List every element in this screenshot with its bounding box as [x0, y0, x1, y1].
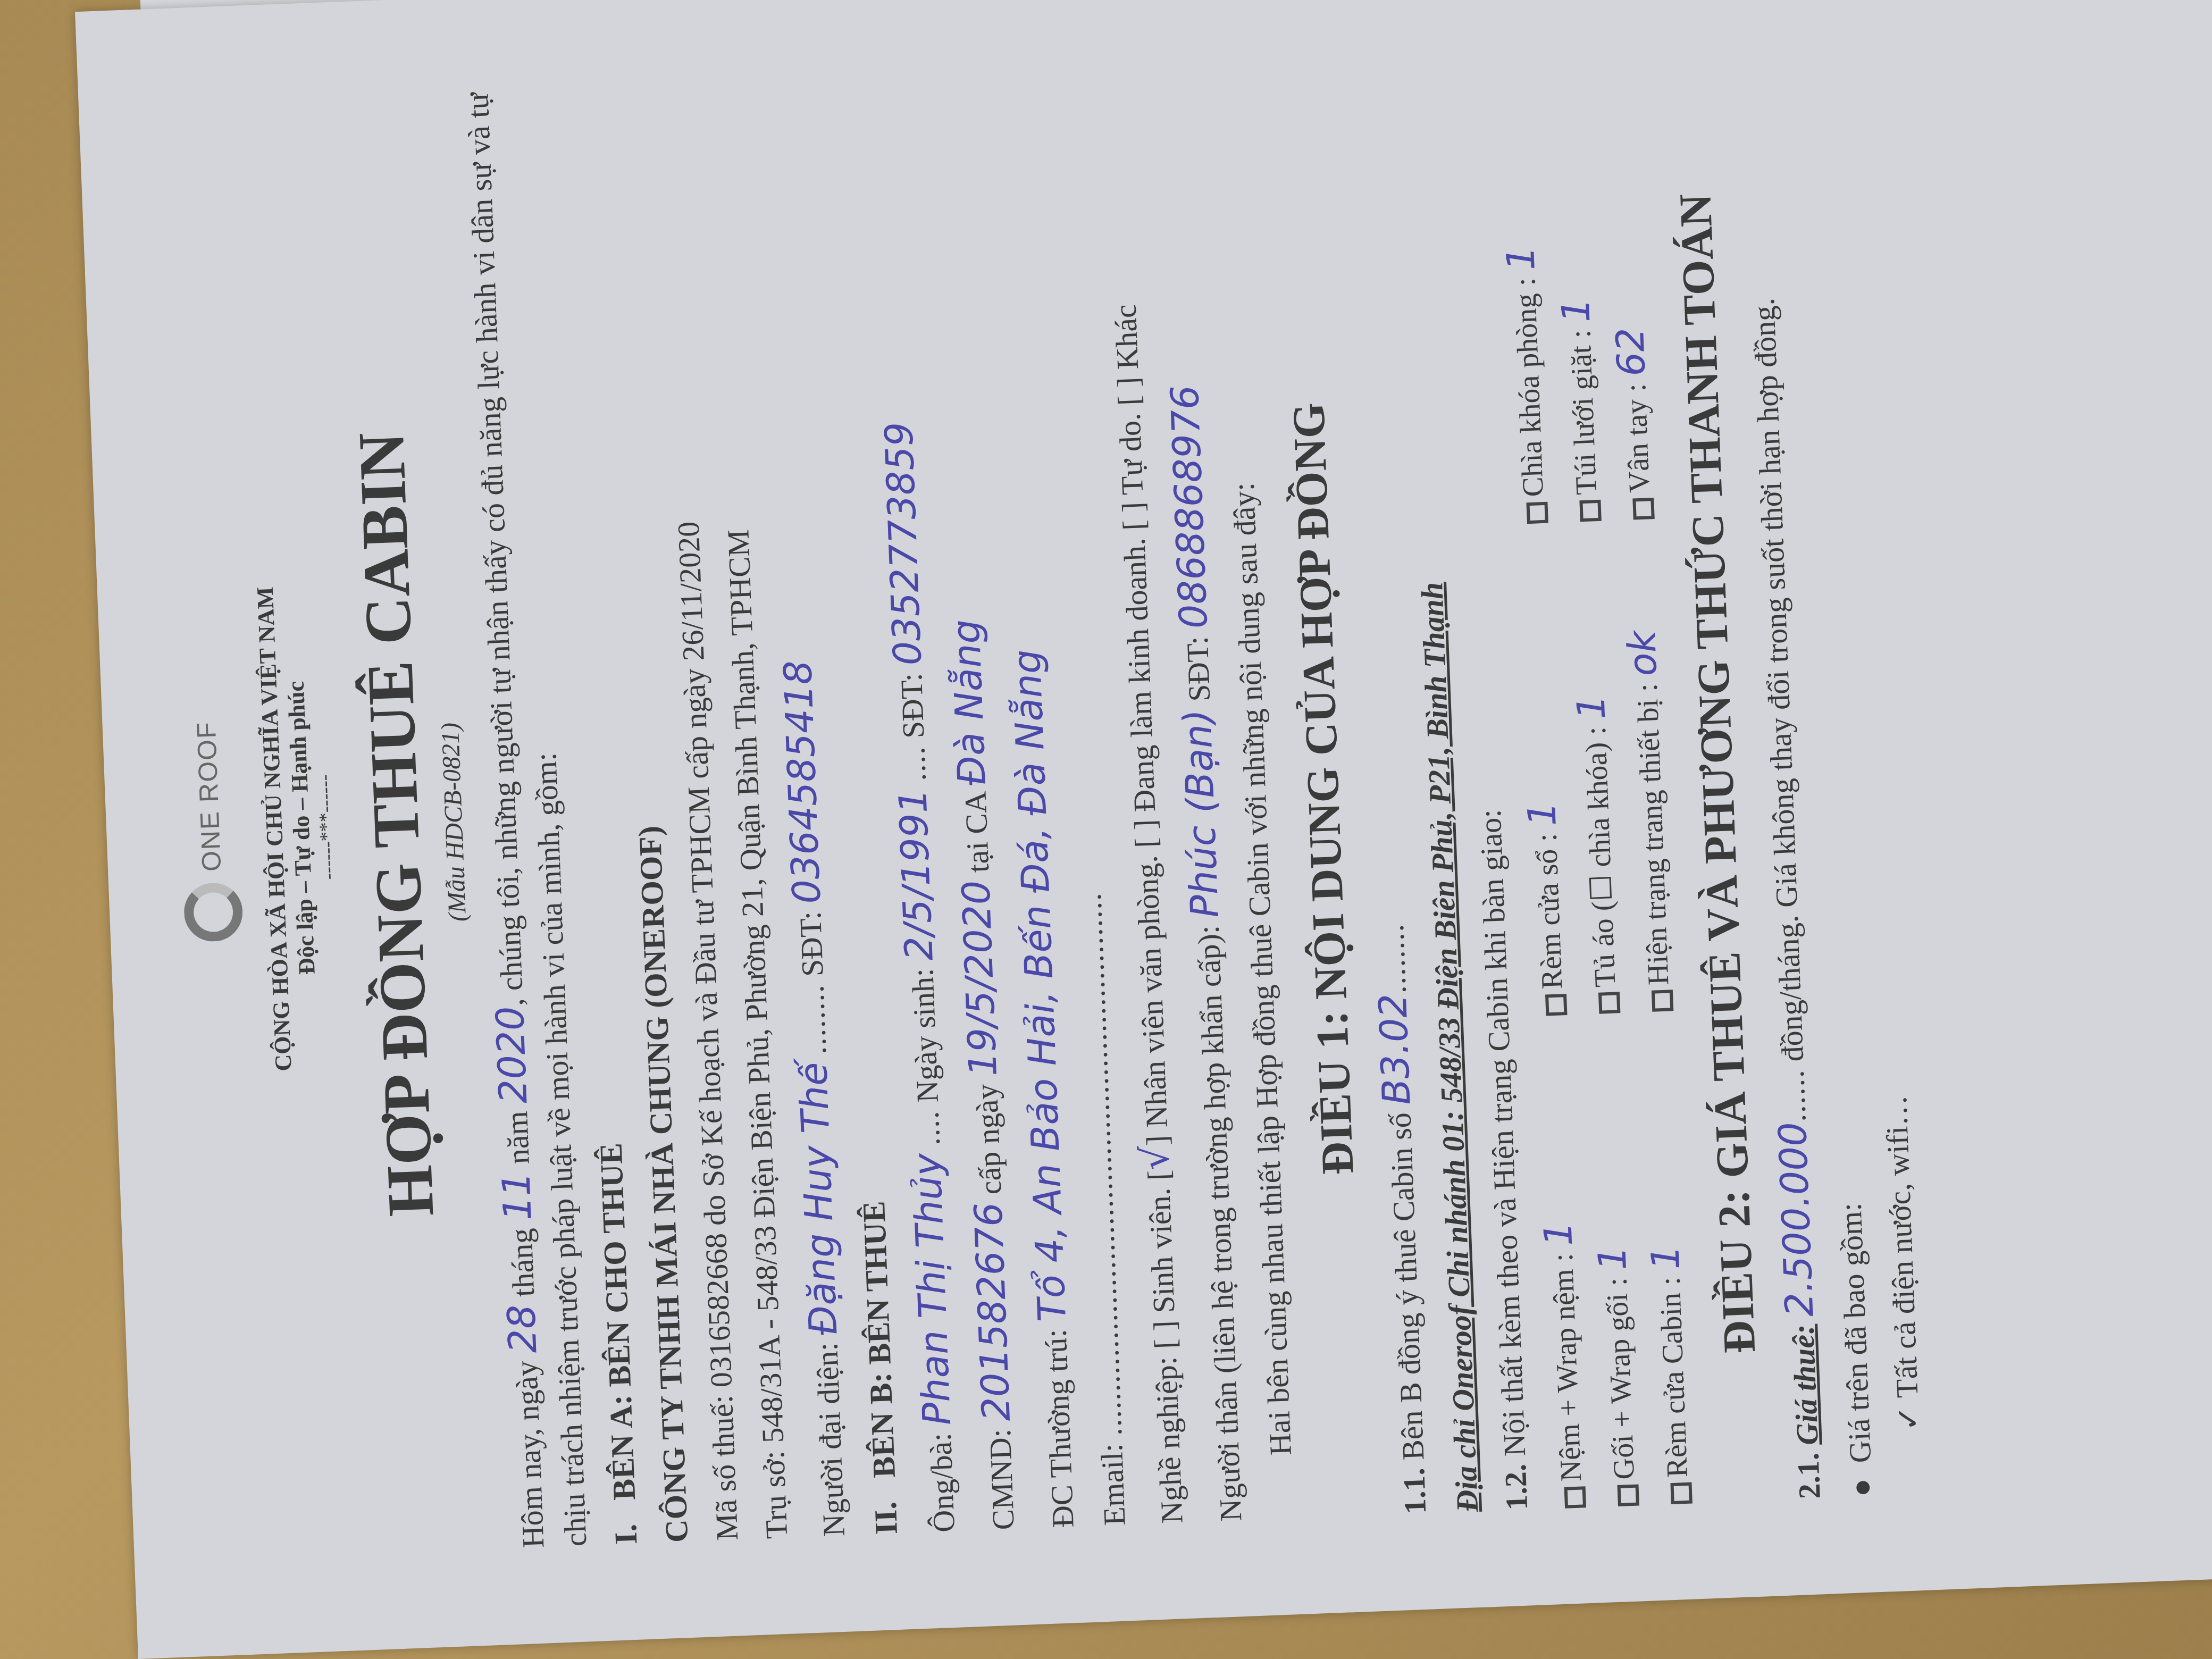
tenant-name-field[interactable]: Phan Thị Thủy	[904, 1152, 960, 1426]
checkbox[interactable]	[1670, 1482, 1692, 1505]
tenant-dob-field[interactable]: 2/5/1991	[891, 788, 942, 961]
rep-name-field[interactable]: Đặng Huy Thế	[791, 1061, 846, 1336]
tenant-id-field[interactable]: 201582676	[966, 1201, 1019, 1422]
year-value[interactable]: 2020	[487, 1006, 535, 1104]
emergency-name-field[interactable]: Phúc (Bạn)	[1175, 708, 1227, 918]
checkbox[interactable]	[1545, 994, 1568, 1016]
residence-field[interactable]: Tổ 4, An Bảo Hải, Bến Đá, Đà Nẵng	[1004, 649, 1074, 1322]
job-option-office[interactable]: [√] Nhân viên văn phòng.	[1129, 855, 1176, 1181]
rep-phone-field[interactable]: 0364585418	[775, 659, 829, 904]
emergency-phone-field[interactable]: 0868868976	[1162, 384, 1217, 630]
checkbox[interactable]	[1579, 499, 1602, 522]
checkbox[interactable]	[1617, 1484, 1639, 1506]
logo-ring-icon	[183, 882, 244, 943]
job-option-freelance[interactable]: [ ] Tự do.	[1112, 413, 1151, 531]
check-icon: ✓	[1891, 1405, 1926, 1432]
price-field[interactable]: 2.500.000	[1770, 1121, 1822, 1318]
id-issue-place-field[interactable]: Đà Nẵng	[943, 618, 994, 786]
job-option-business[interactable]: [ ] Đang làm kinh doanh.	[1117, 537, 1163, 848]
logo-text: ONE ROOF	[190, 720, 227, 872]
checkbox[interactable]	[1651, 990, 1673, 1012]
checkbox[interactable]	[1564, 1486, 1586, 1509]
checkbox[interactable]	[1526, 501, 1548, 524]
cabin-number-field[interactable]: B3.02	[1370, 993, 1419, 1106]
month-value[interactable]: 11	[493, 1171, 540, 1222]
checkbox[interactable]	[1598, 992, 1621, 1014]
day-value[interactable]: 28	[499, 1304, 545, 1354]
job-option-student[interactable]: [ ] Sinh viên.	[1142, 1187, 1183, 1350]
contract-page: ONE ROOF CỘNG HÒA XÃ HỘI CHỦ NGHĨA VIỆT …	[75, 0, 2212, 1659]
job-option-other[interactable]: [ ] Khác	[1108, 304, 1146, 406]
checkbox[interactable]	[1632, 498, 1655, 520]
tenant-phone-field[interactable]: 0352773859	[876, 421, 931, 666]
id-issue-date-field[interactable]: 19/5/2020	[953, 879, 1006, 1077]
bullet-icon: ●	[1844, 1478, 1879, 1498]
